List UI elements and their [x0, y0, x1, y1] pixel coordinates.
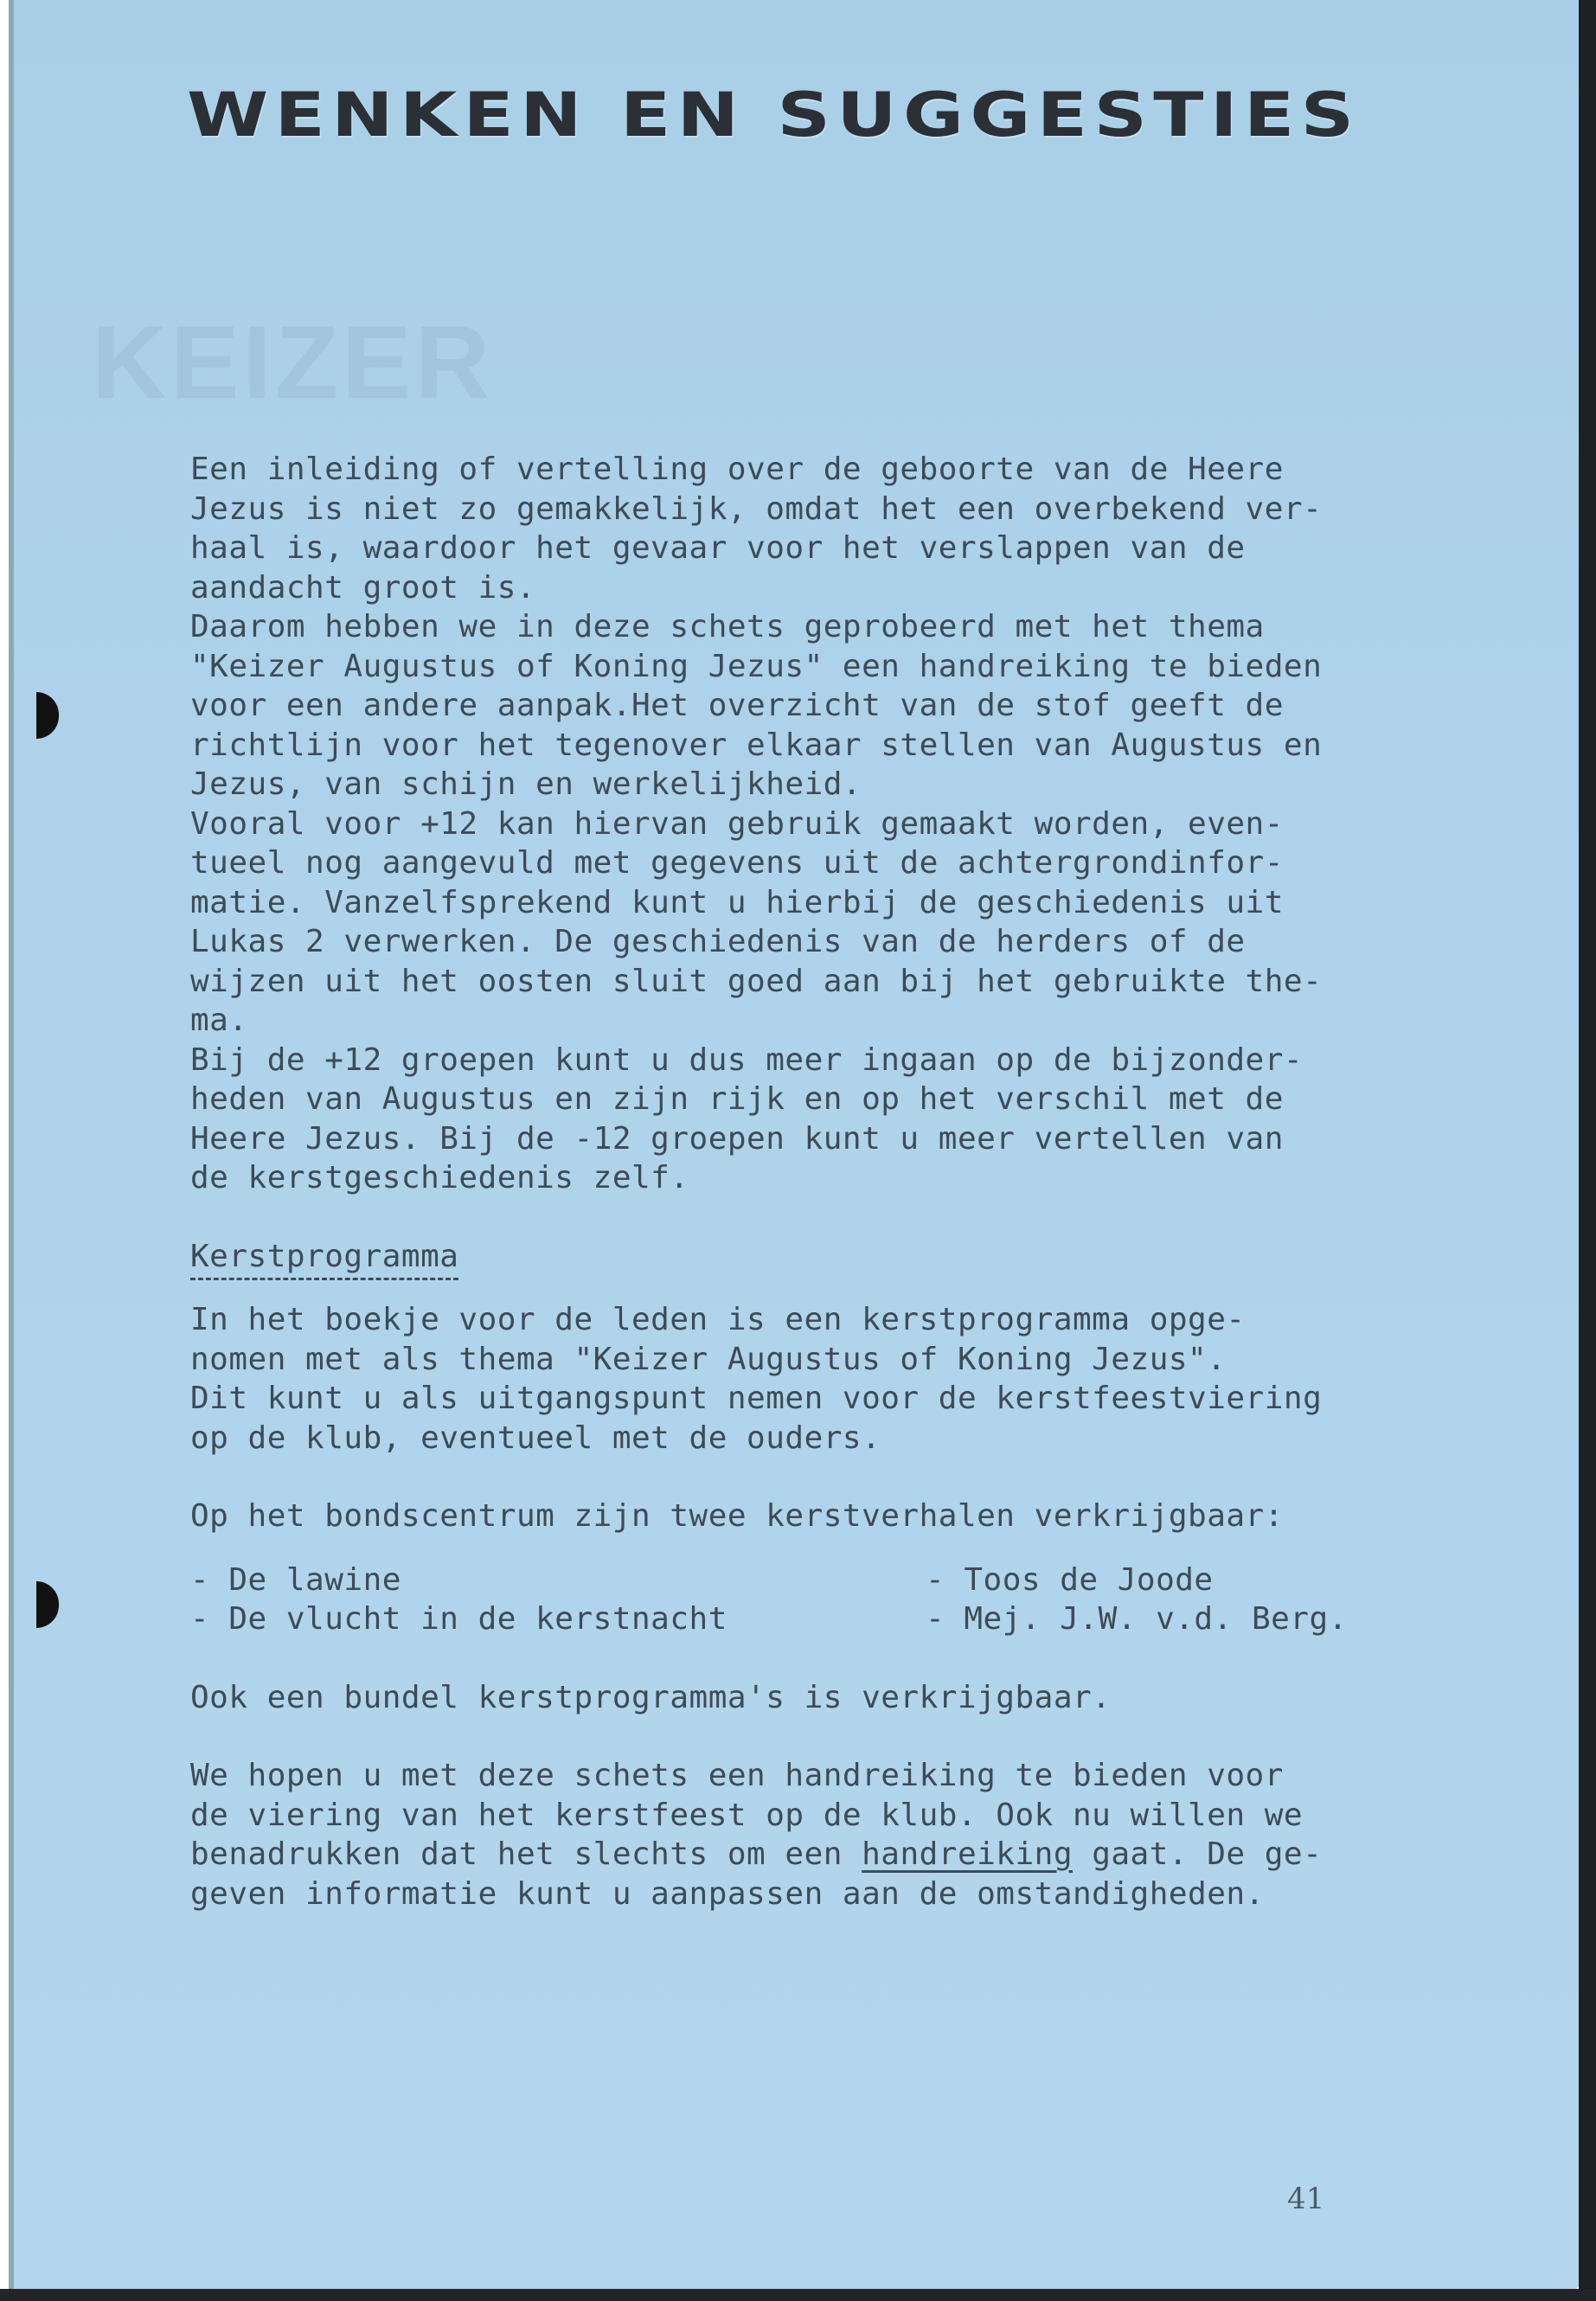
story-title: - De lawine — [190, 1561, 926, 1600]
text-line: In het boekje voor de leden is een kerst… — [190, 1300, 1436, 1340]
text-line: matie. Vanzelfsprekend kunt u hierbij de… — [190, 883, 1436, 923]
text-line: "Keizer Augustus of Koning Jezus" een ha… — [190, 647, 1436, 687]
text-line: richtlijn voor het tegenover elkaar stel… — [190, 726, 1436, 766]
closing-line: geven informatie kunt u aanpassen aan de… — [190, 1875, 1436, 1914]
text-line: heden van Augustus en zijn rijk en op he… — [190, 1080, 1436, 1119]
text-line: Een inleiding of vertelling over de gebo… — [190, 450, 1436, 490]
page-edge-shadow — [1579, 0, 1596, 2301]
closing-line: benadrukken dat het slechts om een handr… — [190, 1835, 1436, 1875]
text-line: Vooral voor +12 kan hiervan gebruik gema… — [190, 804, 1436, 844]
binding-hole — [36, 692, 59, 739]
page-title: WENKEN EN SUGGESTIES — [187, 80, 1360, 151]
text-line: Jezus, van schijn en werkelijkheid. — [190, 765, 1436, 804]
text-line: Dit kunt u als uitgangspunt nemen voor d… — [190, 1379, 1436, 1419]
section-heading-kerstprogramma: Kerstprogramma — [190, 1237, 458, 1281]
text-line: Jezus is niet zo gemakkelijk, omdat het … — [190, 490, 1436, 529]
intro-paragraph: Een inleiding of vertelling over de gebo… — [190, 450, 1436, 1198]
text-line: aandacht groot is. — [190, 568, 1436, 608]
available-intro: Op het bondscentrum zijn twee kerstverha… — [190, 1497, 1436, 1536]
story-title: - De vlucht in de kerstnacht — [190, 1599, 926, 1639]
emphasis-handreiking: handreiking — [862, 1836, 1073, 1872]
kerst-paragraph: In het boekje voor de leden is een kerst… — [190, 1300, 1436, 1458]
story-author: - Toos de Joode — [926, 1561, 1214, 1600]
text-line: ma. — [190, 1001, 1436, 1041]
page-edge-shadow — [0, 2289, 1596, 2301]
text-line: op de klub, eventueel met de ouders. — [190, 1419, 1436, 1458]
bleed-through-text: KEIZER — [92, 303, 493, 422]
document-page: KEIZER WENKEN EN SUGGESTIES Een inleidin… — [9, 0, 1584, 2291]
bundle-note: Ook een bundel kerstprogramma's is verkr… — [190, 1678, 1436, 1718]
text-line: haal is, waardoor het gevaar voor het ve… — [190, 529, 1436, 568]
text-line: voor een andere aanpak.Het overzicht van… — [190, 686, 1436, 726]
story-author: - Mej. J.W. v.d. Berg. — [926, 1599, 1348, 1639]
text-line: Daarom hebben we in deze schets geprobee… — [190, 607, 1436, 647]
text-line: tueel nog aangevuld met gegevens uit de … — [190, 843, 1436, 883]
closing-line: We hopen u met deze schets een handreiki… — [190, 1756, 1436, 1796]
text-line: wijzen uit het oosten sluit goed aan bij… — [190, 962, 1436, 1002]
story-item: - De lawine- Toos de Joode — [190, 1561, 1436, 1600]
text-line: de kerstgeschiedenis zelf. — [190, 1158, 1436, 1198]
text-line: Bij de +12 groepen kunt u dus meer ingaa… — [190, 1041, 1436, 1080]
story-item: - De vlucht in de kerstnacht- Mej. J.W. … — [190, 1599, 1436, 1639]
binding-hole — [36, 1581, 59, 1628]
closing-line: de viering van het kerstfeest op de klub… — [190, 1796, 1436, 1836]
text-line: Heere Jezus. Bij de -12 groepen kunt u m… — [190, 1119, 1436, 1159]
body-text: Een inleiding of vertelling over de gebo… — [190, 450, 1436, 1913]
text-line: nomen met als thema "Keizer Augustus of … — [190, 1340, 1436, 1380]
text-line: Lukas 2 verwerken. De geschiedenis van d… — [190, 922, 1436, 962]
page-number: 41 — [1287, 2182, 1324, 2216]
stories-list: - De lawine- Toos de Joode- De vlucht in… — [190, 1561, 1436, 1639]
